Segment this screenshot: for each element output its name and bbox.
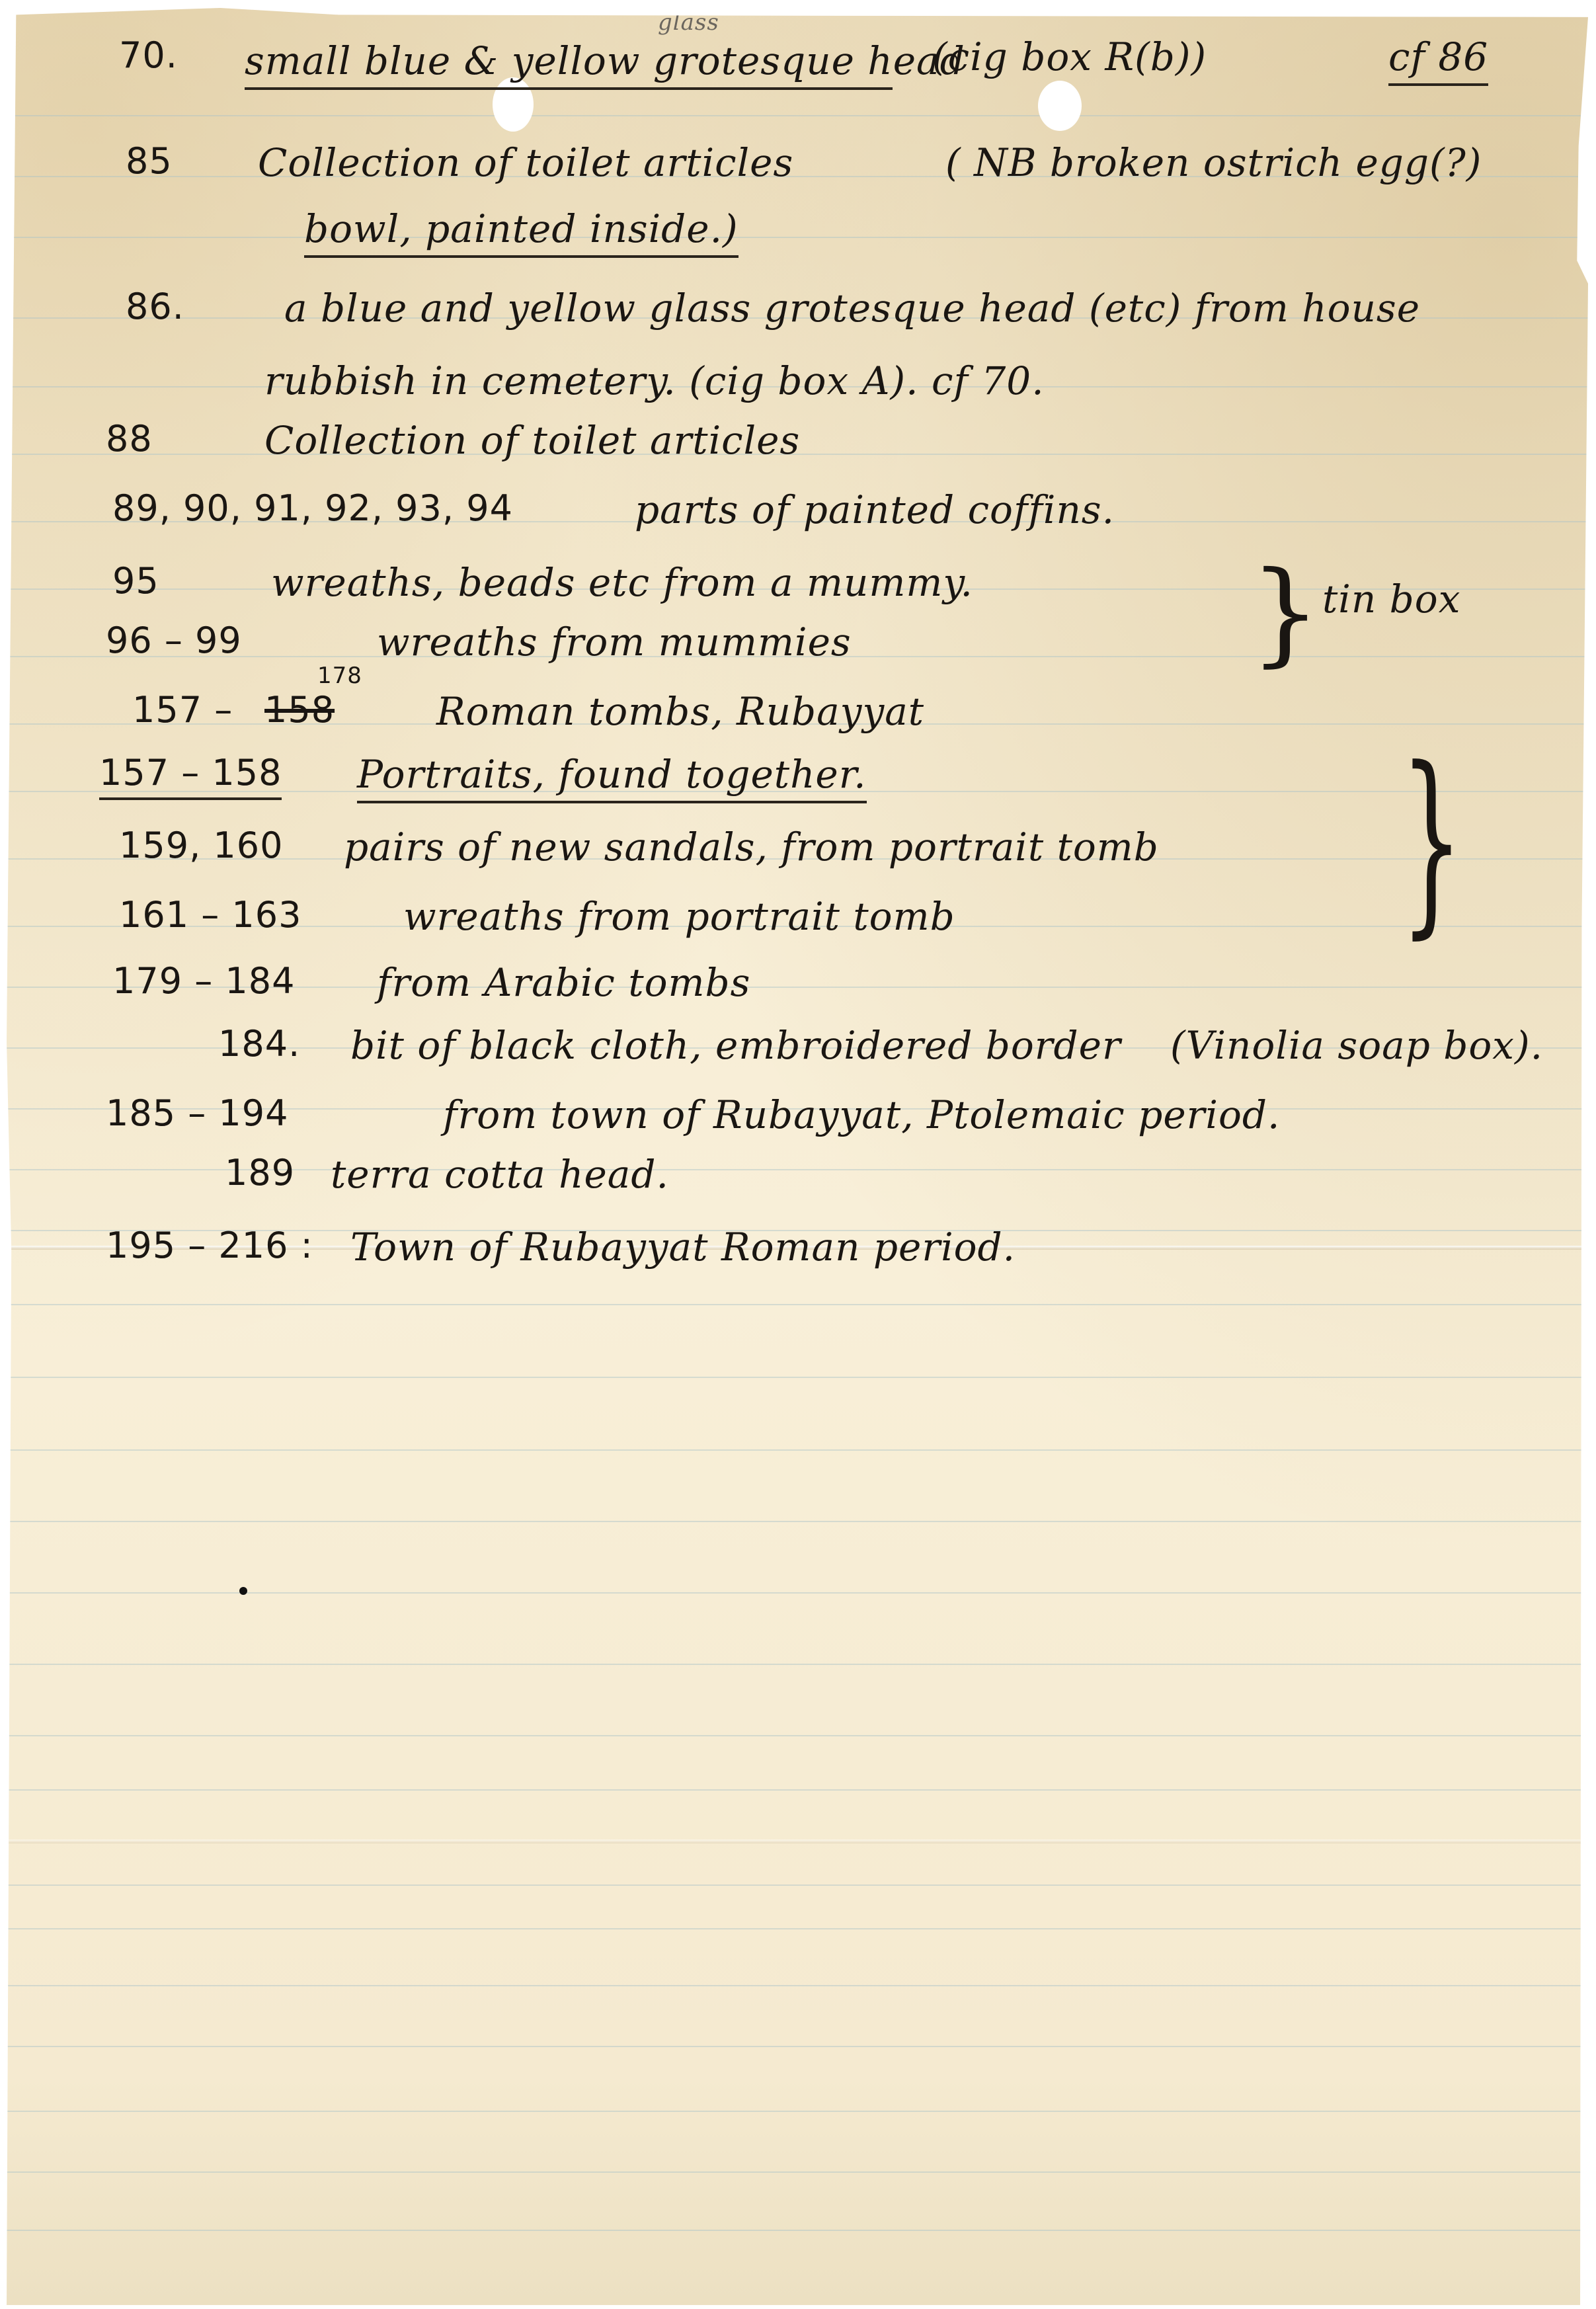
entry-number: 86. xyxy=(126,286,184,327)
entry-note: ( NB broken ostrich egg(?) xyxy=(945,140,1482,185)
entry-text: pairs of new sandals, from portrait tomb xyxy=(344,825,1159,870)
ruled-line xyxy=(7,1521,1588,1522)
ruled-line xyxy=(7,1985,1588,1986)
ruled-line xyxy=(7,237,1588,238)
entry-reference: cf 86 xyxy=(1388,34,1488,86)
entry-continuation: rubbish in cemetery. (cig box A). cf 70. xyxy=(264,358,1045,403)
entry-text: wreaths from portrait tomb xyxy=(403,894,955,939)
entry-note: (Vinolia soap box). xyxy=(1170,1023,1543,1068)
entry-text: from town of Rubayyat, Ptolemaic period. xyxy=(443,1092,1280,1137)
brace-right: } xyxy=(1250,557,1321,669)
entry-number: 179 – 184 xyxy=(112,960,295,1002)
ruled-line xyxy=(7,1884,1588,1886)
ruled-line xyxy=(7,1928,1588,1929)
entry-number: 96 – 99 xyxy=(106,620,242,661)
ruled-line xyxy=(7,1789,1588,1791)
group-label: tin box xyxy=(1322,577,1460,622)
ink-spot xyxy=(239,1587,247,1595)
ruled-line xyxy=(7,2046,1588,2047)
entry-text: from Arabic tombs xyxy=(377,960,750,1005)
ruled-line xyxy=(7,1449,1588,1451)
struck-number: 158 xyxy=(264,689,335,731)
entry-text: terra cotta head. xyxy=(331,1152,669,1197)
entry-text: small blue & yellow grotesque head xyxy=(245,38,893,90)
entry-text: Town of Rubayyat Roman period. xyxy=(350,1225,1016,1270)
ruled-line xyxy=(7,1304,1588,1305)
entry-text: Portraits, found together. xyxy=(357,752,867,803)
entry-text: wreaths, beads etc from a mummy. xyxy=(271,560,973,605)
punch-hole xyxy=(1038,81,1082,131)
entry-number: 157 – 158 xyxy=(99,752,282,800)
entry-number: 189 xyxy=(225,1152,295,1194)
ruled-line xyxy=(7,115,1588,116)
entry-number: 184. xyxy=(218,1023,300,1065)
ruled-line xyxy=(7,2171,1588,2173)
entry-number: 89, 90, 91, 92, 93, 94 xyxy=(112,487,513,529)
ruled-line xyxy=(7,2230,1588,2231)
entry-number: 157 – xyxy=(132,689,233,731)
paper-sheet: 70. glass small blue & yellow grotesque … xyxy=(7,8,1588,2305)
entry-text: bit of black cloth, embroidered border xyxy=(350,1023,1121,1068)
entry-number: 195 – 216 : xyxy=(106,1225,313,1266)
entry-insert: glass xyxy=(658,9,719,36)
entry-number: 95 xyxy=(112,560,159,602)
entry-number: 161 – 163 xyxy=(119,894,301,936)
fold-crease xyxy=(7,1840,1588,1843)
entry-note: (cig box R(b)) xyxy=(932,34,1207,79)
entry-text: wreaths from mummies xyxy=(377,620,852,665)
entry-text: Collection of toilet articles xyxy=(258,140,793,185)
brace-right: } xyxy=(1400,742,1463,940)
entry-text: a blue and yellow glass grotesque head (… xyxy=(284,286,1420,331)
ruled-line xyxy=(7,1735,1588,1736)
entry-text: Roman tombs, Rubayyat xyxy=(436,689,924,734)
ruled-line xyxy=(7,2111,1588,2112)
ruled-line xyxy=(7,1664,1588,1665)
entry-continuation: bowl, painted inside.) xyxy=(304,206,738,258)
entry-insert: 178 xyxy=(317,663,362,689)
entry-number: 88 xyxy=(106,418,153,460)
entry-number: 159, 160 xyxy=(119,825,283,866)
entry-text: parts of painted coffins. xyxy=(635,487,1115,532)
entry-number: 85 xyxy=(126,140,173,182)
entry-number: 185 – 194 xyxy=(106,1092,288,1134)
entry-text: Collection of toilet articles xyxy=(264,418,800,463)
entry-number: 70. xyxy=(119,34,178,76)
ruled-line xyxy=(7,1377,1588,1378)
